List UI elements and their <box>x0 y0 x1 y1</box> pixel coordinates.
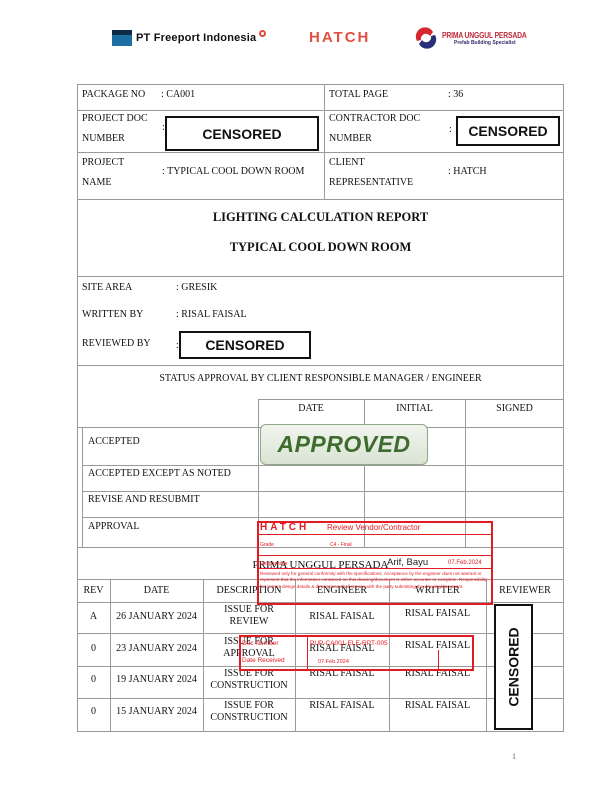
freeport-logo-text: PT Freeport Indonesia <box>136 32 256 44</box>
rev-row-3-date: 15 JANUARY 2024 <box>110 706 203 717</box>
contractor-doc-number-censored: CENSORED <box>456 116 560 146</box>
rev-row-0-desc-1: ISSUE FOR <box>203 604 295 615</box>
rev-row-1-rev: 0 <box>77 643 110 654</box>
status-row-accepted-except-noted: ACCEPTED EXCEPT AS NOTED <box>88 468 231 479</box>
freeport-logo: PT Freeport Indonesia <box>112 30 266 46</box>
site-area-value: : GRESIK <box>176 282 217 293</box>
project-doc-label-line1: PROJECT DOC <box>82 113 148 124</box>
rev-row-2-rev: 0 <box>77 674 110 685</box>
status-heading: STATUS APPROVAL BY CLIENT RESPONSIBLE MA… <box>77 373 564 384</box>
review-stamp-disclaimer: Reviewed only for general conformity wit… <box>260 571 490 590</box>
package-no-value: : CA001 <box>161 89 195 100</box>
project-name-value: : TYPICAL COOL DOWN ROOM <box>162 166 304 177</box>
contractor-doc-label-line2: NUMBER <box>329 133 372 144</box>
status-row-approval: APPROVAL <box>88 521 140 532</box>
doc-number-value: PUP-CA001-ELE-RPT-005 <box>310 640 388 647</box>
rev-row-3-desc-2: CONSTRUCTION <box>203 712 295 723</box>
report-subtitle: TYPICAL COOL DOWN ROOM <box>77 240 564 255</box>
pup-logo-title: PRIMA UNGGUL PERSADA <box>442 31 527 40</box>
rev-col-rev: REV <box>77 585 110 596</box>
project-doc-number-censored: CENSORED <box>165 116 319 151</box>
total-page-value: : 36 <box>448 89 463 100</box>
contractor-doc-label-line1: CONTRACTOR DOC <box>329 113 420 124</box>
status-col-initial: INITIAL <box>364 403 465 414</box>
project-name-label-line2: NAME <box>82 177 111 188</box>
pup-logo-subtitle: Prefab Building Specialist <box>454 40 542 46</box>
reviewer-censored: CENSORED <box>494 604 533 730</box>
review-stamp-grade-label: Grade <box>260 542 274 548</box>
review-stamp-responsible-label: Responsible <box>260 561 288 567</box>
page-number: 1 <box>512 752 516 761</box>
pup-logo: PRIMA UNGGUL PERSADA Prefab Building Spe… <box>413 25 542 51</box>
rev-row-0-date: 26 JANUARY 2024 <box>110 611 203 622</box>
client-rep-label-line2: REPRESENTATIVE <box>329 177 413 188</box>
date-received-value: 07.Feb.2024 <box>318 659 349 665</box>
package-no-label: PACKAGE NO <box>82 89 145 100</box>
total-page-label: TOTAL PAGE <box>329 89 388 100</box>
rev-row-0-writer: RISAL FAISAL <box>389 608 486 619</box>
review-stamp-grade-value: C4 - Final <box>330 542 352 548</box>
status-col-date: DATE <box>258 403 364 414</box>
rev-row-2-desc-2: CONSTRUCTION <box>203 680 295 691</box>
client-rep-label-line1: CLIENT <box>329 157 365 168</box>
reviewed-by-label: REVIEWED BY <box>82 338 151 349</box>
written-by-label: WRITTEN BY <box>82 309 143 320</box>
doc-number-label: Doc Number <box>242 640 278 647</box>
review-stamp-title: Review Vendor/Contractor <box>327 523 420 532</box>
rev-row-3-writer: RISAL FAISAL <box>389 700 486 711</box>
reviewed-by-censored: CENSORED <box>179 331 311 359</box>
rev-row-3-engineer: RISAL FAISAL <box>295 700 389 711</box>
review-stamp-responsible-name: Arif, Bayu <box>387 557 428 568</box>
report-title: LIGHTING CALCULATION REPORT <box>77 210 564 225</box>
contractor-doc-colon: : <box>449 124 452 135</box>
hatch-logo: HATCH <box>309 29 370 46</box>
client-rep-value: : HATCH <box>448 166 487 177</box>
date-received-label: Date Received <box>242 657 285 664</box>
project-name-label-line1: PROJECT <box>82 157 124 168</box>
review-stamp-responsible-date: 07.Feb.2024 <box>448 560 482 566</box>
status-row-accepted: ACCEPTED <box>88 436 140 447</box>
rev-row-3-rev: 0 <box>77 706 110 717</box>
freeport-mark-icon <box>112 30 132 46</box>
pup-swirl-icon <box>413 25 439 51</box>
rev-row-2-date: 19 JANUARY 2024 <box>110 674 203 685</box>
written-by-value: : RISAL FAISAL <box>176 309 247 320</box>
freeport-ring-icon <box>259 30 266 37</box>
rev-row-0-desc-2: REVIEW <box>203 616 295 627</box>
rev-col-reviewer: REVIEWER <box>486 585 564 596</box>
site-area-label: SITE AREA <box>82 282 132 293</box>
rev-col-date: DATE <box>110 585 203 596</box>
rev-row-0-rev: A <box>77 611 110 622</box>
rev-row-1-date: 23 JANUARY 2024 <box>110 643 203 654</box>
rev-row-0-engineer: RISAL FAISAL <box>295 611 389 622</box>
project-doc-label-line2: NUMBER <box>82 133 125 144</box>
approved-stamp: APPROVED <box>260 424 428 465</box>
review-stamp-brand: HATCH <box>260 522 309 533</box>
status-col-signed: SIGNED <box>465 403 564 414</box>
rev-row-3-desc-1: ISSUE FOR <box>203 700 295 711</box>
status-row-revise-resubmit: REVISE AND RESUBMIT <box>88 494 200 505</box>
